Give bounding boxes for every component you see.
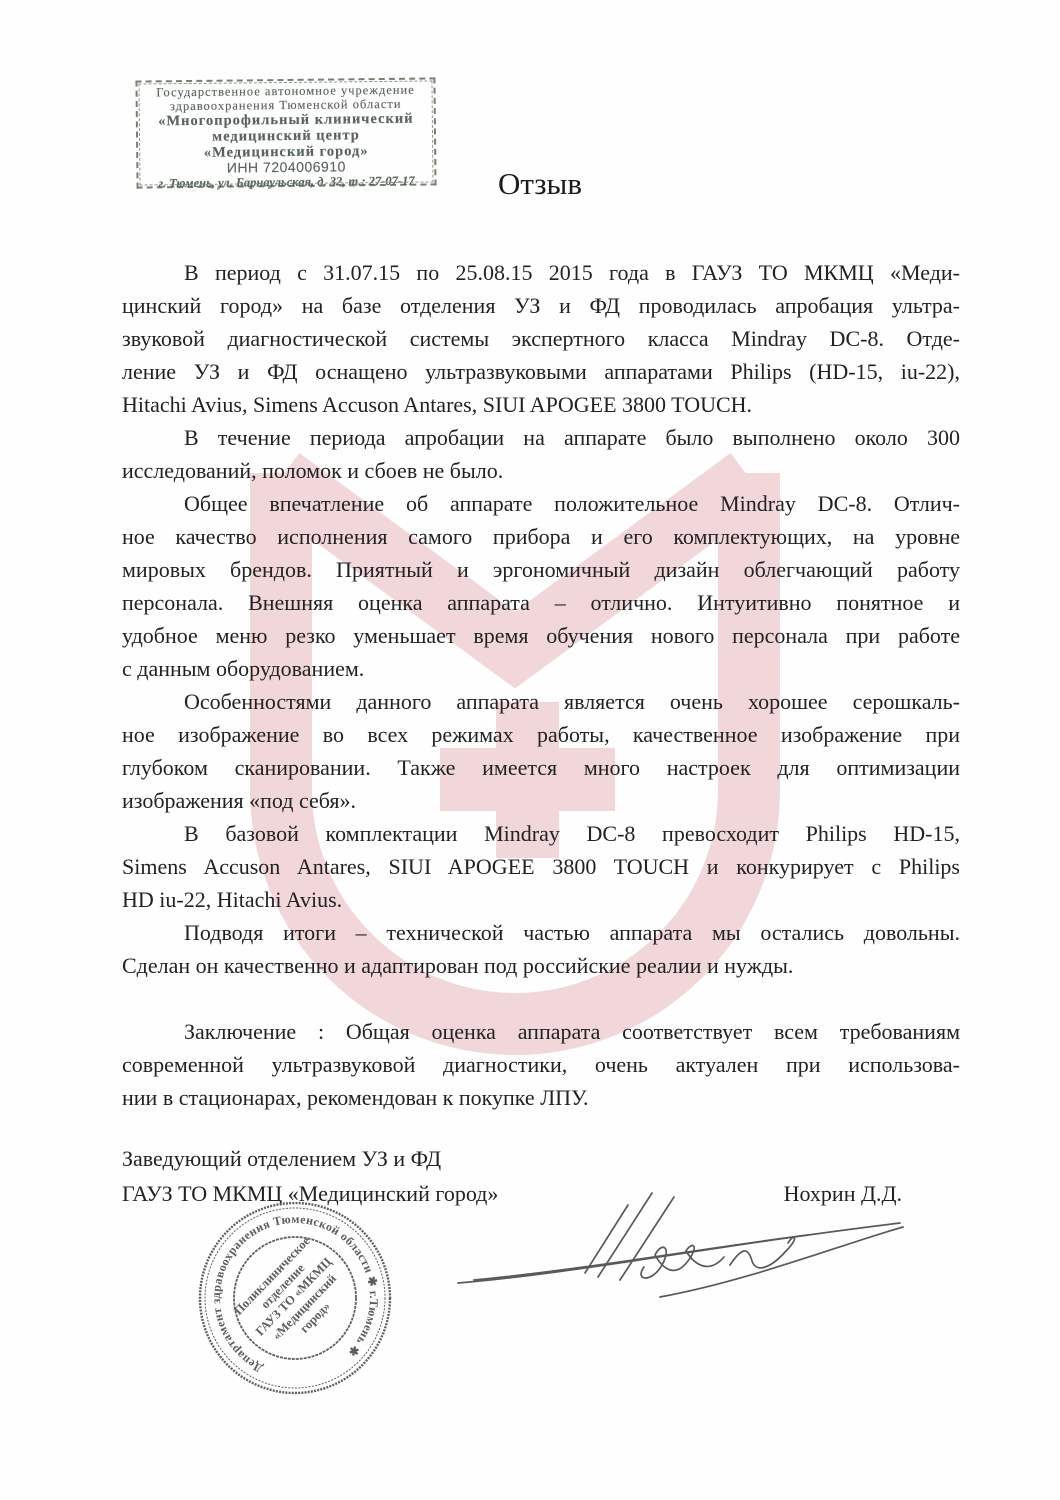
paragraph: Подводя итоги – технической частью аппар… bbox=[122, 916, 960, 982]
body-line: современной ультразвуковой диагностики, … bbox=[122, 1048, 960, 1081]
paragraph: В базовой комплектации Mindray DC-8 прев… bbox=[122, 817, 960, 916]
body-line: изображения «под себя». bbox=[122, 784, 960, 817]
paragraph: Заключение : Общая оценка аппарата соотв… bbox=[122, 1015, 960, 1114]
signature-stroke bbox=[641, 1246, 724, 1278]
paragraph: Особенностями данного аппарата является … bbox=[122, 685, 960, 817]
body-line: Подводя итоги – технической частью аппар… bbox=[122, 916, 960, 949]
body-line: Общее впечатление об аппарате положитель… bbox=[122, 487, 960, 520]
round-seal: Департамент здравоохранения Тюменской об… bbox=[193, 1202, 397, 1398]
letterhead-line: «Многопрофильный клинический bbox=[138, 110, 434, 129]
paragraph-spacer bbox=[122, 982, 960, 1015]
body-line: ное изображение во всех режимах работы, … bbox=[122, 718, 960, 751]
paragraph: В течение периода апробации на аппарате … bbox=[122, 421, 960, 487]
body-line: В период с 31.07.15 по 25.08.15 2015 год… bbox=[122, 256, 960, 289]
body-line: HD iu-22, Hitachi Avius. bbox=[122, 883, 960, 916]
scanned-document-page: Государственное автономное учреждение зд… bbox=[0, 0, 1060, 1500]
handwritten-signature bbox=[448, 1183, 910, 1305]
letterhead-stamp: Государственное автономное учреждение зд… bbox=[135, 77, 436, 188]
signatory-position-line-1: Заведующий отделением УЗ и ФД bbox=[122, 1141, 960, 1176]
body-line: Особенностями данного аппарата является … bbox=[122, 685, 960, 718]
body-line: удобное меню резко уменьшает время обуче… bbox=[122, 619, 960, 652]
body-line: с данным оборудованием. bbox=[122, 652, 960, 685]
body-line: ление УЗ и ФД оснащено ультразвуковыми а… bbox=[122, 355, 960, 388]
body-line: звуковой диагностической системы эксперт… bbox=[122, 322, 960, 355]
body-line: Hitachi Avius, Simens Accuson Antares, S… bbox=[122, 388, 960, 421]
body-line: В базовой комплектации Mindray DC-8 прев… bbox=[122, 817, 960, 850]
document-body: В период с 31.07.15 по 25.08.15 2015 год… bbox=[122, 256, 960, 1114]
paragraph: Общее впечатление об аппарате положитель… bbox=[122, 487, 960, 685]
body-line: глубоком сканировании. Также имеется мно… bbox=[122, 751, 960, 784]
paragraph: В период с 31.07.15 по 25.08.15 2015 год… bbox=[122, 256, 960, 421]
body-line: Заключение : Общая оценка аппарата соотв… bbox=[122, 1015, 960, 1048]
body-line: Simens Accuson Antares, SIUI APOGEE 3800… bbox=[122, 850, 960, 883]
body-line: В течение периода апробации на аппарате … bbox=[122, 421, 960, 454]
body-line: нии в стационарах, рекомендован к покупк… bbox=[122, 1081, 960, 1114]
body-line: персонала. Внешняя оценка аппарата – отл… bbox=[122, 586, 960, 619]
body-line: ное качество исполнения самого прибора и… bbox=[122, 520, 960, 553]
signature-stroke bbox=[598, 1193, 652, 1277]
body-line: мировых брендов. Приятный и эргономичный… bbox=[122, 553, 960, 586]
body-line: Сделан он качественно и адаптирован под … bbox=[122, 949, 960, 982]
body-line: исследований, поломок и сбоев не было. bbox=[122, 454, 960, 487]
body-line: цинский город» на базе отделения УЗ и ФД… bbox=[122, 289, 960, 322]
